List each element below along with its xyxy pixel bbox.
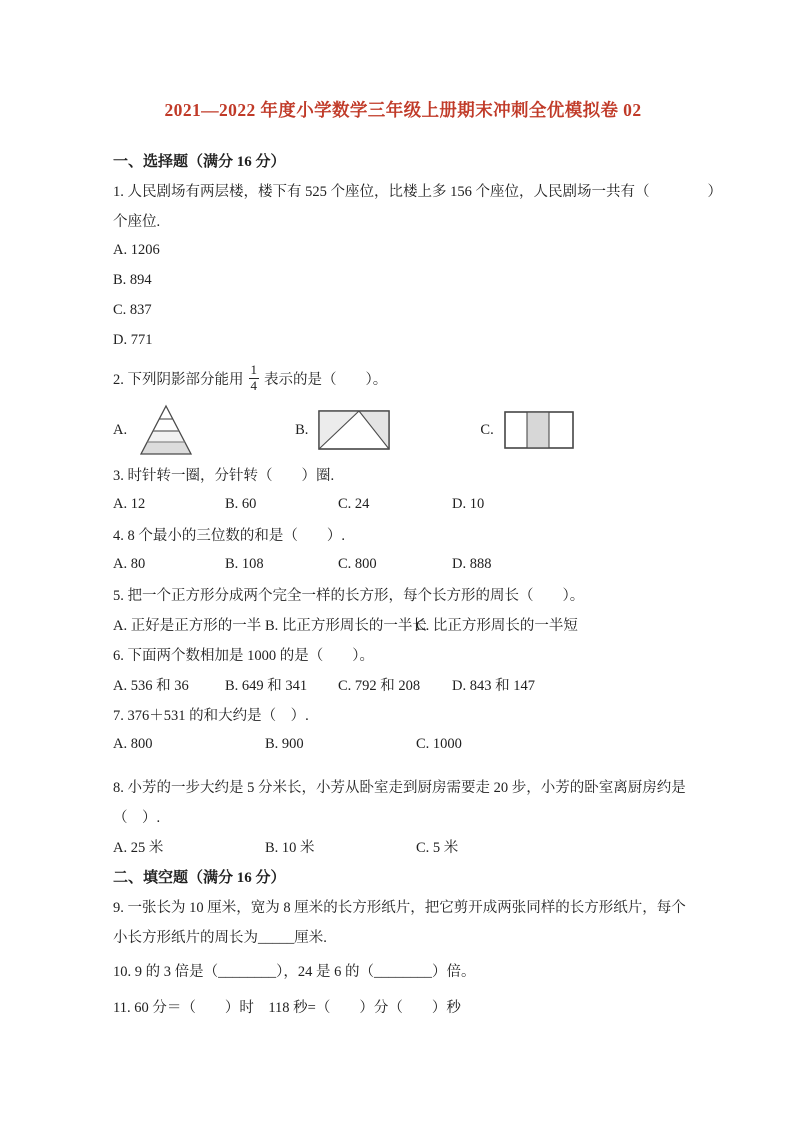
question-3-options: A. 12 B. 60 C. 24 D. 10 [113,489,693,519]
question-4-option-d: D. 888 [452,556,693,573]
question-6-text: 6. 下面两个数相加是 1000 的是（ ）。 [113,639,693,669]
question-2-figure-a: A. [113,403,195,457]
question-1-option-a: A. 1206 [113,235,693,265]
question-2-figure-b: B. [295,410,390,450]
fraction-denominator: 4 [251,379,258,394]
question-8-option-c: C. 5 米 [416,836,693,857]
question-7-text: 7. 376＋531 的和大约是（ ）. [113,699,693,729]
question-2-figures-row: A. B. C. [113,401,693,459]
question-1-option-c: C. 837 [113,295,693,325]
question-7-option-b: B. 900 [265,736,416,753]
question-8-option-b: B. 10 米 [265,836,416,857]
figure-a-label: A. [113,422,127,439]
question-4-option-b: B. 108 [225,556,338,573]
question-4-text: 4. 8 个最小的三位数的和是（ ）. [113,519,693,549]
question-3-text: 3. 时针转一圈，分针转（ ）圈. [113,459,693,489]
question-7-options: A. 800 B. 900 C. 1000 [113,729,693,759]
question-9-text-line-1: 9. 一张长为 10 厘米，宽为 8 厘米的长方形纸片，把它剪开成两张同样的长方… [113,891,693,921]
question-5-option-a: A. 正好是正方形的一半 [113,614,265,635]
question-2-text: 2. 下列阴影部分能用 1 4 表示的是（ ）。 [113,355,693,401]
question-3-option-a: A. 12 [113,496,225,513]
question-7-option-a: A. 800 [113,736,265,753]
question-4-option-a: A. 80 [113,556,225,573]
question-6-options: A. 536 和 36 B. 649 和 341 C. 792 和 208 D.… [113,669,693,699]
question-1-text-line-1: 1. 人民剧场有两层楼，楼下有 525 个座位，比楼上多 156 个座位，人民剧… [113,175,693,205]
question-2-text-post: 表示的是（ ）。 [264,368,387,389]
section-choice-heading: 一、选择题（满分 16 分） [113,145,693,175]
question-6-option-a: A. 536 和 36 [113,674,225,695]
question-5-option-b: B. 比正方形周长的一半长 [265,614,416,635]
question-5-options: A. 正好是正方形的一半 B. 比正方形周长的一半长 C. 比正方形周长的一半短 [113,609,693,639]
question-8-text-line-1: 8. 小芳的一步大约是 5 分米长，小芳从卧室走到厨房需要走 20 步，小芳的卧… [113,771,693,801]
fraction-numerator: 1 [249,363,260,379]
question-11-text: 11. 60 分＝（ ）时 118 秒=（ ）分（ ）秒 [113,991,693,1021]
question-2-text-pre: 2. 下列阴影部分能用 [113,368,244,389]
question-7-option-c: C. 1000 [416,736,693,753]
question-3-option-d: D. 10 [452,496,693,513]
question-2-figure-c: C. [480,411,573,449]
question-8-option-a: A. 25 米 [113,836,265,857]
rectangle-triangle-figure-icon [318,410,390,450]
figure-c-label: C. [480,422,493,439]
rectangle-thirds-figure-icon [504,411,574,449]
question-5-text: 5. 把一个正方形分成两个完全一样的长方形，每个长方形的周长（ ）。 [113,579,693,609]
question-8-options: A. 25 米 B. 10 米 C. 5 米 [113,831,693,861]
question-4-options: A. 80 B. 108 C. 800 D. 888 [113,549,693,579]
question-3-option-b: B. 60 [225,496,338,513]
exam-paper-page: 2021—2022 年度小学数学三年级上册期末冲刺全优模拟卷 02 一、选择题（… [0,0,793,1122]
question-4-option-c: C. 800 [338,556,452,573]
question-9-text-line-2: 小长方形纸片的周长为_____厘米. [113,921,693,951]
question-1-option-b: B. 894 [113,265,693,295]
figure-b-label: B. [295,422,308,439]
section-fill-heading: 二、填空题（满分 16 分） [113,861,693,891]
question-10-text: 10. 9 的 3 倍是（________），24 是 6 的（________… [113,955,693,985]
question-8-text-line-2: （ ）. [113,801,693,831]
question-1-option-d: D. 771 [113,325,693,355]
question-6-option-b: B. 649 和 341 [225,674,338,695]
question-3-option-c: C. 24 [338,496,452,513]
fraction-one-fourth: 1 4 [249,363,260,394]
triangle-strips-figure-icon [137,403,195,457]
exam-title: 2021—2022 年度小学数学三年级上册期末冲刺全优模拟卷 02 [113,97,693,123]
question-1-text-line-2: 个座位. [113,205,693,235]
question-5-option-c: C. 比正方形周长的一半短 [416,614,693,635]
question-6-option-d: D. 843 和 147 [452,674,693,695]
question-6-option-c: C. 792 和 208 [338,674,452,695]
